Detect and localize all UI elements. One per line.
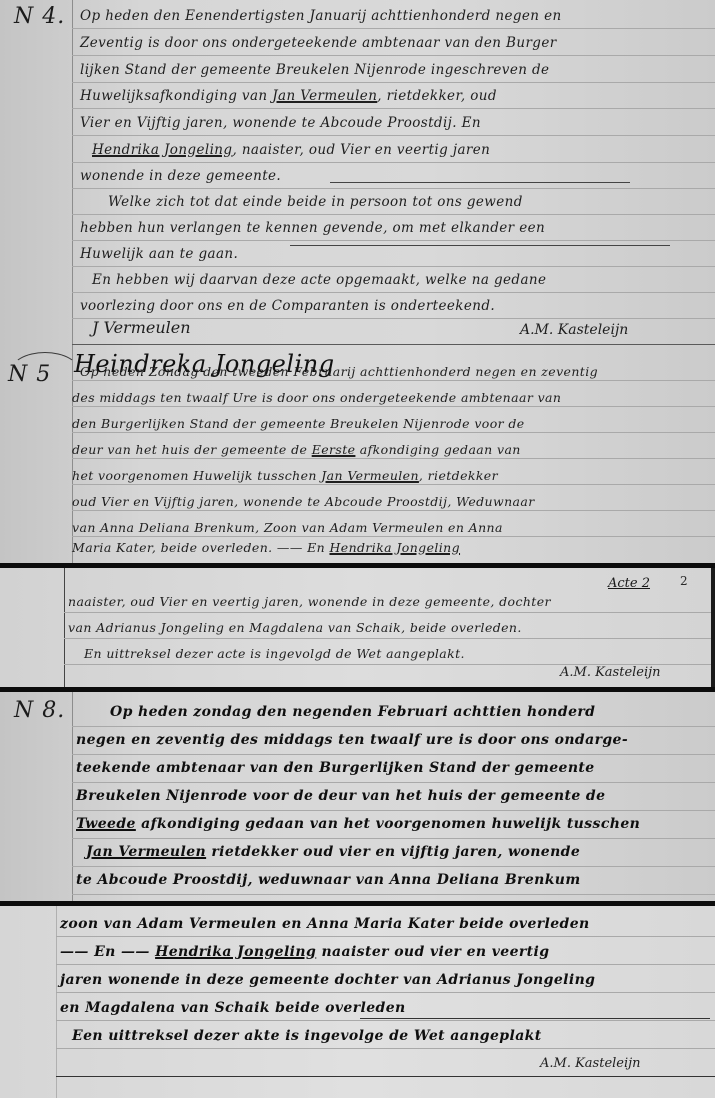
signature-groom: J Vermeulen xyxy=(92,318,191,337)
register-page-middle: N 8. Op heden zondag den negenden Februa… xyxy=(0,692,715,902)
ruled-line xyxy=(56,1048,715,1049)
entry-text-line: Maria Kater, beide overleden. —— En Hend… xyxy=(72,540,460,555)
acte-label: Acte 2 xyxy=(608,576,650,591)
entry-text-line: van Adrianus Jongeling en Magdalena van … xyxy=(68,620,522,635)
entry-text-line: —— En —— Hendrika Jongeling naaister oud… xyxy=(60,944,549,960)
ruled-line xyxy=(72,838,715,839)
entry-text-line: jaren wonende in deze gemeente dochter v… xyxy=(60,972,595,988)
ruled-line xyxy=(72,810,715,811)
fill-stroke xyxy=(290,245,670,246)
entry-text-line: zoon van Adam Vermeulen en Anna Maria Ka… xyxy=(60,916,590,932)
entry-text-line: Een uittreksel dezer akte is ingevolge d… xyxy=(72,1028,542,1044)
ruled-line xyxy=(56,936,715,937)
ruled-line xyxy=(72,55,715,56)
ruled-line xyxy=(72,866,715,867)
entry-text-line: wonende in deze gemeente. xyxy=(80,168,281,184)
entry-text-line: Huwelijk aan te gaan. xyxy=(80,246,238,262)
entry-number: N 8. xyxy=(14,698,65,723)
entry-text-line: deur van het huis der gemeente de Eerste… xyxy=(72,442,521,457)
entry-text-line: van Anna Deliana Brenkum, Zoon van Adam … xyxy=(72,520,503,535)
ruled-line xyxy=(72,292,715,293)
ruled-line xyxy=(72,484,715,485)
ruled-line xyxy=(56,992,715,993)
ruled-line xyxy=(72,28,715,29)
ruled-line xyxy=(72,894,715,895)
page-number: 2 xyxy=(680,574,688,588)
ruled-line xyxy=(72,108,715,109)
entry-text-line: lijken Stand der gemeente Breukelen Nije… xyxy=(80,62,549,78)
signature-official: A.M. Kasteleijn xyxy=(540,1056,641,1071)
fill-stroke xyxy=(360,1018,710,1019)
ruled-line xyxy=(72,432,715,433)
register-page-fragment: Acte 2 2 naaister, oud Vier en veertig j… xyxy=(0,568,715,688)
entry-text-line: Op heden Zondag den tweeden Februarij ac… xyxy=(80,364,598,379)
signature-official: A.M. Kasteleijn xyxy=(520,322,628,338)
ruled-line xyxy=(72,380,715,381)
entry-text-line: het voorgenomen Huwelijk tusschen Jan Ve… xyxy=(72,468,498,483)
entry-text-line: Vier en Vijftig jaren, wonende te Abcoud… xyxy=(80,115,481,131)
entry-text-line: Tweede afkondiging gedaan van het voorge… xyxy=(76,816,640,832)
acte-annotation: Acte 2 xyxy=(608,576,650,591)
entry-text-line: Zeventig is door ons ondergeteekende amb… xyxy=(80,35,557,51)
entry-text-line: voorlezing door ons en de Comparanten is… xyxy=(80,298,495,314)
ruled-line xyxy=(72,214,715,215)
entry-text-line: Breukelen Nijenrode voor de deur van het… xyxy=(76,788,605,804)
entry-text-line: naaister, oud Vier en veertig jaren, won… xyxy=(68,594,551,609)
ruled-line xyxy=(72,536,715,537)
ruled-line xyxy=(56,964,715,965)
ruled-line xyxy=(72,458,715,459)
register-page-bottom: zoon van Adam Vermeulen en Anna Maria Ka… xyxy=(0,906,715,1098)
ruled-line xyxy=(72,510,715,511)
ruled-line xyxy=(72,188,715,189)
entry-text-line: te Abcoude Proostdij, weduwnaar van Anna… xyxy=(76,872,581,888)
ruled-line xyxy=(56,1076,715,1077)
ruled-line xyxy=(72,266,715,267)
ruled-line xyxy=(72,82,715,83)
entry-text-line: Huwelijksafkondiging van Jan Vermeulen, … xyxy=(80,88,497,104)
ruled-line xyxy=(72,782,715,783)
ruled-line xyxy=(72,240,715,241)
ruled-line xyxy=(64,612,715,613)
entry-text-line: des middags ten twaalf Ure is door ons o… xyxy=(72,390,561,405)
page-edge xyxy=(711,568,715,688)
entry-text-line: Op heden den Eenendertigsten Januarij ac… xyxy=(80,8,562,24)
ruled-line xyxy=(64,638,715,639)
entry-text-line: Welke zich tot dat einde beide in persoo… xyxy=(108,194,523,210)
entry-text-line: En hebben wij daarvan deze acte opgemaak… xyxy=(92,272,546,288)
margin-line xyxy=(56,906,57,1098)
entry-text-line: Jan Vermeulen rietdekker oud vier en vij… xyxy=(86,844,580,860)
flourish-decoration xyxy=(10,352,80,392)
ruled-line xyxy=(72,344,715,345)
ruled-line xyxy=(56,1020,715,1021)
ruled-line xyxy=(72,135,715,136)
entry-text-line: negen en zeventig des middags ten twaalf… xyxy=(76,732,628,748)
fill-stroke xyxy=(330,182,630,183)
ruled-line xyxy=(72,406,715,407)
entry-text-line: den Burgerlijken Stand der gemeente Breu… xyxy=(72,416,525,431)
margin-line xyxy=(64,568,65,688)
entry-text-line: teekende ambtenaar van den Burgerlijken … xyxy=(76,760,595,776)
margin-line xyxy=(72,692,73,902)
entry-text-line: Op heden zondag den negenden Februari ac… xyxy=(110,704,595,720)
register-page-top: N 4. Op heden den Eenendertigsten Januar… xyxy=(0,0,715,565)
entry-text-line: oud Vier en Vijftig jaren, wonende te Ab… xyxy=(72,494,535,509)
ruled-line xyxy=(72,162,715,163)
ruled-line xyxy=(72,726,715,727)
entry-text-line: En uittreksel dezer acte is ingevolgd de… xyxy=(84,646,465,661)
ruled-line xyxy=(72,754,715,755)
entry-text-line: en Magdalena van Schaik beide overleden xyxy=(60,1000,406,1016)
entry-text-line: Hendrika Jongeling, naaister, oud Vier e… xyxy=(92,142,490,158)
signature-official: A.M. Kasteleijn xyxy=(560,665,661,680)
entry-text-line: hebben hun verlangen te kennen gevende, … xyxy=(80,220,545,236)
entry-number: N 4. xyxy=(14,4,65,29)
